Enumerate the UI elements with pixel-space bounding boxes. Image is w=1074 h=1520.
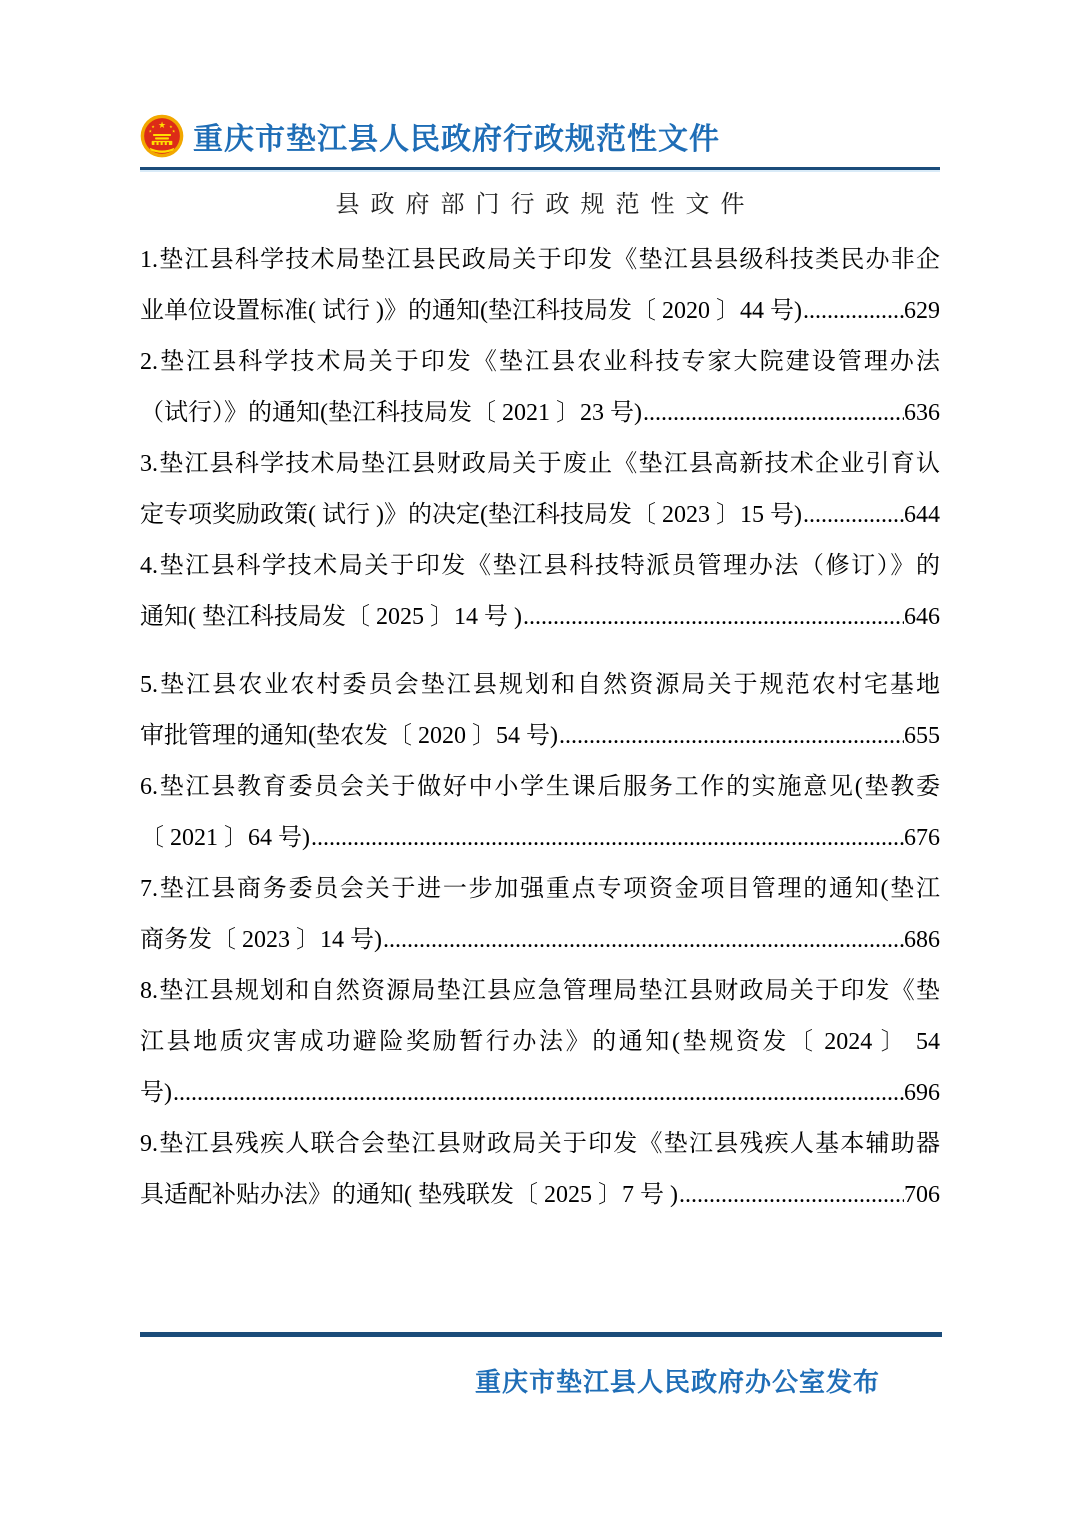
toc-entry-text: 审批管理的通知(垫农发〔 2020 〕54 号) bbox=[140, 711, 558, 762]
toc-line-with-page: 业单位设置标准( 试行 )》的通知(垫江科技局发〔 2020 〕44 号)...… bbox=[140, 286, 940, 337]
page-number: 644 bbox=[904, 490, 940, 541]
toc-entry: 3.垫江县科学技术局垫江县财政局关于废止《垫江县高新技术企业引育认定专项奖励政策… bbox=[140, 439, 940, 541]
leader-dots: ........................................… bbox=[522, 592, 904, 643]
toc-entry: 1.垫江县科学技术局垫江县民政局关于印发《垫江县县级科技类民办非企业单位设置标准… bbox=[140, 235, 940, 337]
section-subtitle: 县政府部门行政规范性文件 bbox=[140, 188, 940, 222]
toc-line-with-page: 定专项奖励政策( 试行 )》的决定(垫江科技局发〔 2023 〕15 号)...… bbox=[140, 490, 940, 541]
page-number: 706 bbox=[904, 1170, 940, 1221]
svg-text:★: ★ bbox=[148, 129, 152, 134]
publisher-label: 重庆市垫江县人民政府办公室发布 bbox=[0, 1362, 880, 1399]
toc-entry-text: 定专项奖励政策( 试行 )》的决定(垫江科技局发〔 2023 〕15 号) bbox=[140, 490, 802, 541]
toc-entry-text: 〔 2021 〕64 号) bbox=[140, 813, 310, 864]
page-number: 636 bbox=[904, 388, 940, 439]
page-number: 629 bbox=[904, 286, 940, 337]
page-content: ★ ★ ★ ★ ★ 重庆市垫江县人民政府 bbox=[140, 0, 940, 1221]
toc-entry: 2.垫江县科学技术局关于印发《垫江县农业科技专家大院建设管理办法（试行）》的通知… bbox=[140, 337, 940, 439]
svg-text:★: ★ bbox=[172, 129, 176, 134]
toc-line: 江县地质灾害成功避险奖励暂行办法》的通知(垫规资发〔 2024 〕 54 bbox=[140, 1017, 940, 1068]
leader-dots: ........................................… bbox=[678, 1170, 904, 1221]
page-number: 646 bbox=[904, 592, 940, 643]
leader-dots: ........................................… bbox=[310, 813, 904, 864]
header-row: ★ ★ ★ ★ ★ 重庆市垫江县人民政府 bbox=[140, 0, 940, 158]
document-page: ★ ★ ★ ★ ★ 重庆市垫江县人民政府 bbox=[0, 0, 1074, 1520]
toc-entry: 8.垫江县规划和自然资源局垫江县应急管理局垫江县财政局关于印发《垫江县地质灾害成… bbox=[140, 966, 940, 1119]
toc-list: 1.垫江县科学技术局垫江县民政局关于印发《垫江县县级科技类民办非企业单位设置标准… bbox=[140, 235, 940, 1221]
toc-line: 5.垫江县农业农村委员会垫江县规划和自然资源局关于规范农村宅基地 bbox=[140, 660, 940, 711]
leader-dots: ........................................… bbox=[558, 711, 904, 762]
toc-entry: 4.垫江县科学技术局关于印发《垫江县科技特派员管理办法（修订）》的通知( 垫江科… bbox=[140, 541, 940, 643]
page-number: 686 bbox=[904, 915, 940, 966]
toc-entry-text: 商务发〔 2023 〕14 号) bbox=[140, 915, 382, 966]
toc-line-with-page: 〔 2021 〕64 号)...........................… bbox=[140, 813, 940, 864]
leader-dots: ........................................… bbox=[642, 388, 904, 439]
toc-line-with-page: 商务发〔 2023 〕14 号)........................… bbox=[140, 915, 940, 966]
header-divider bbox=[140, 167, 940, 172]
toc-entry: 9.垫江县残疾人联合会垫江县财政局关于印发《垫江县残疾人基本辅助器具适配补贴办法… bbox=[140, 1119, 940, 1221]
toc-line: 4.垫江县科学技术局关于印发《垫江县科技特派员管理办法（修订）》的 bbox=[140, 541, 940, 592]
toc-line-with-page: 号)......................................… bbox=[140, 1068, 940, 1119]
toc-line: 9.垫江县残疾人联合会垫江县财政局关于印发《垫江县残疾人基本辅助器 bbox=[140, 1119, 940, 1170]
leader-dots: ........................................… bbox=[802, 286, 904, 337]
china-national-emblem-icon: ★ ★ ★ ★ ★ bbox=[140, 114, 184, 158]
toc-entry-text: 具适配补贴办法》的通知( 垫残联发〔 2025 〕7 号 ) bbox=[140, 1170, 678, 1221]
svg-text:★: ★ bbox=[158, 120, 166, 130]
document-header: ★ ★ ★ ★ ★ 重庆市垫江县人民政府 bbox=[140, 0, 940, 172]
toc-line: 8.垫江县规划和自然资源局垫江县应急管理局垫江县财政局关于印发《垫 bbox=[140, 966, 940, 1017]
toc-line: 3.垫江县科学技术局垫江县财政局关于废止《垫江县高新技术企业引育认 bbox=[140, 439, 940, 490]
page-number: 676 bbox=[904, 813, 940, 864]
toc-line: 1.垫江县科学技术局垫江县民政局关于印发《垫江县县级科技类民办非企 bbox=[140, 235, 940, 286]
footer-divider bbox=[140, 1332, 942, 1337]
toc-entry-text: 业单位设置标准( 试行 )》的通知(垫江科技局发〔 2020 〕44 号) bbox=[140, 286, 802, 337]
leader-dots: ........................................… bbox=[172, 1068, 904, 1119]
toc-line: 7.垫江县商务委员会关于进一步加强重点专项资金项目管理的通知(垫江 bbox=[140, 864, 940, 915]
toc-entry-text: 号) bbox=[140, 1068, 172, 1119]
toc-line-with-page: 审批管理的通知(垫农发〔 2020 〕54 号)................… bbox=[140, 711, 940, 762]
page-number: 655 bbox=[904, 711, 940, 762]
document-title: 重庆市垫江县人民政府行政规范性文件 bbox=[193, 114, 720, 158]
toc-entry-text: 通知( 垫江科技局发〔 2025 〕14 号 ) bbox=[140, 592, 522, 643]
page-number: 696 bbox=[904, 1068, 940, 1119]
toc-entry: 7.垫江县商务委员会关于进一步加强重点专项资金项目管理的通知(垫江商务发〔 20… bbox=[140, 864, 940, 966]
toc-entry: 5.垫江县农业农村委员会垫江县规划和自然资源局关于规范农村宅基地审批管理的通知(… bbox=[140, 660, 940, 762]
leader-dots: ........................................… bbox=[802, 490, 904, 541]
toc-line: 2.垫江县科学技术局关于印发《垫江县农业科技专家大院建设管理办法 bbox=[140, 337, 940, 388]
toc-entry: 6.垫江县教育委员会关于做好中小学生课后服务工作的实施意见(垫教委〔 2021 … bbox=[140, 762, 940, 864]
toc-line: 6.垫江县教育委员会关于做好中小学生课后服务工作的实施意见(垫教委 bbox=[140, 762, 940, 813]
toc-line-with-page: 具适配补贴办法》的通知( 垫残联发〔 2025 〕7 号 )..........… bbox=[140, 1170, 940, 1221]
leader-dots: ........................................… bbox=[382, 915, 904, 966]
toc-line-with-page: （试行）》的通知(垫江科技局发〔 2021 〕23 号)............… bbox=[140, 388, 940, 439]
toc-entry-text: （试行）》的通知(垫江科技局发〔 2021 〕23 号) bbox=[140, 388, 642, 439]
toc-line-with-page: 通知( 垫江科技局发〔 2025 〕14 号 )................… bbox=[140, 592, 940, 643]
